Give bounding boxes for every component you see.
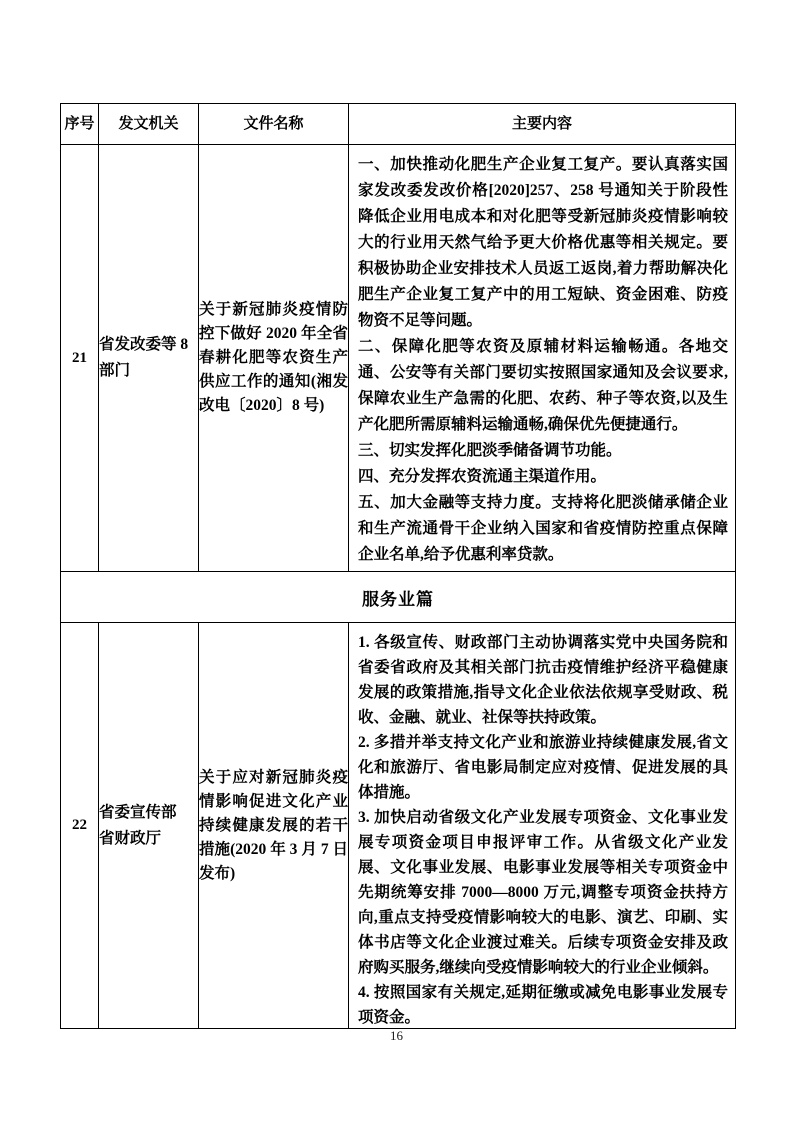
row22-serial-cell: 22 xyxy=(61,623,99,1029)
content-paragraph: 1. 各级宣传、财政部门主动协调落实党中央国务院和省委省政府及其相关部门抗击疫情… xyxy=(358,630,728,730)
content-paragraph: 3. 加快启动省级文化产业发展专项资金、文化事业发展专项资金项目申报评审工作。从… xyxy=(358,805,728,980)
content-paragraph: 三、切实发挥化肥淡季储备调节功能。 xyxy=(358,438,728,464)
content-paragraph: 一、加快推动化肥生产企业复工复产。要认真落实国家发改委发改价格[2020]257… xyxy=(358,152,728,334)
row21-serial-cell: 21 xyxy=(61,145,99,572)
row22-agency-line2: 省财政厅 xyxy=(99,826,198,852)
row21-agency-cell: 省发改委等 8 部门 xyxy=(99,145,199,572)
content-paragraph: 四、充分发挥农资流通主渠道作用。 xyxy=(358,464,728,490)
row22-content-box: 1. 各级宣传、财政部门主动协调落实党中央国务院和省委省政府及其相关部门抗击疫情… xyxy=(349,623,735,1028)
row22-agency-line1: 省委宣传部 xyxy=(99,800,198,826)
page-number: 16 xyxy=(0,1028,793,1044)
column-header-serial: 序号 xyxy=(61,104,99,145)
table-header-row: 序号 发文机关 文件名称 主要内容 xyxy=(61,104,736,145)
content-paragraph: 4. 按照国家有关规定,延期征缴或减免电影事业发展专项资金。 xyxy=(358,980,728,1028)
row22-agency-cell: 省委宣传部 省财政厅 xyxy=(99,623,199,1029)
row21-main-content-cell: 一、加快推动化肥生产企业复工复产。要认真落实国家发改委发改价格[2020]257… xyxy=(349,145,736,572)
row22-doc-name-cell: 关于应对新冠肺炎疫情影响促进文化产业持续健康发展的若干措施(2020 年 3 月… xyxy=(199,623,349,1029)
row22-main-content-cell: 1. 各级宣传、财政部门主动协调落实党中央国务院和省委省政府及其相关部门抗击疫情… xyxy=(349,623,736,1029)
row21-doc-name-text: 关于新冠肺炎疫情防控下做好 2020 年全省春耕化肥等农资生产供应工作的通知(湘… xyxy=(199,298,348,418)
content-paragraph: 2. 多措并举支持文化产业和旅游业持续健康发展,省文化和旅游厅、省电影局制定应对… xyxy=(358,730,728,805)
policy-table: 序号 发文机关 文件名称 主要内容 21 省发改委等 8 部门 关于新冠肺炎疫情… xyxy=(60,103,736,1029)
row22-doc-name-text: 关于应对新冠肺炎疫情影响促进文化产业持续健康发展的若干措施(2020 年 3 月… xyxy=(199,766,348,886)
content-paragraph: 五、加大金融等支持力度。支持将化肥淡储承储企业和生产流通骨干企业纳入国家和省疫情… xyxy=(358,490,728,564)
content-paragraph: 二、保障化肥等农资及原辅材料运输畅通。各地交通、公安等有关部门要切实按照国家通知… xyxy=(358,334,728,438)
section-header-row: 服务业篇 xyxy=(61,572,736,623)
row21-content-box: 一、加快推动化肥生产企业复工复产。要认真落实国家发改委发改价格[2020]257… xyxy=(349,145,735,564)
column-header-agency: 发文机关 xyxy=(99,104,199,145)
document-page: 序号 发文机关 文件名称 主要内容 21 省发改委等 8 部门 关于新冠肺炎疫情… xyxy=(0,0,793,1122)
column-header-doc-name: 文件名称 xyxy=(199,104,349,145)
column-header-main-content: 主要内容 xyxy=(349,104,736,145)
table-row-22: 22 省委宣传部 省财政厅 关于应对新冠肺炎疫情影响促进文化产业持续健康发展的若… xyxy=(61,623,736,1029)
section-header-title: 服务业篇 xyxy=(61,572,736,623)
row21-agency-text: 省发改委等 8 部门 xyxy=(99,332,198,384)
row21-doc-name-cell: 关于新冠肺炎疫情防控下做好 2020 年全省春耕化肥等农资生产供应工作的通知(湘… xyxy=(199,145,349,572)
table-row-21: 21 省发改委等 8 部门 关于新冠肺炎疫情防控下做好 2020 年全省春耕化肥… xyxy=(61,145,736,572)
